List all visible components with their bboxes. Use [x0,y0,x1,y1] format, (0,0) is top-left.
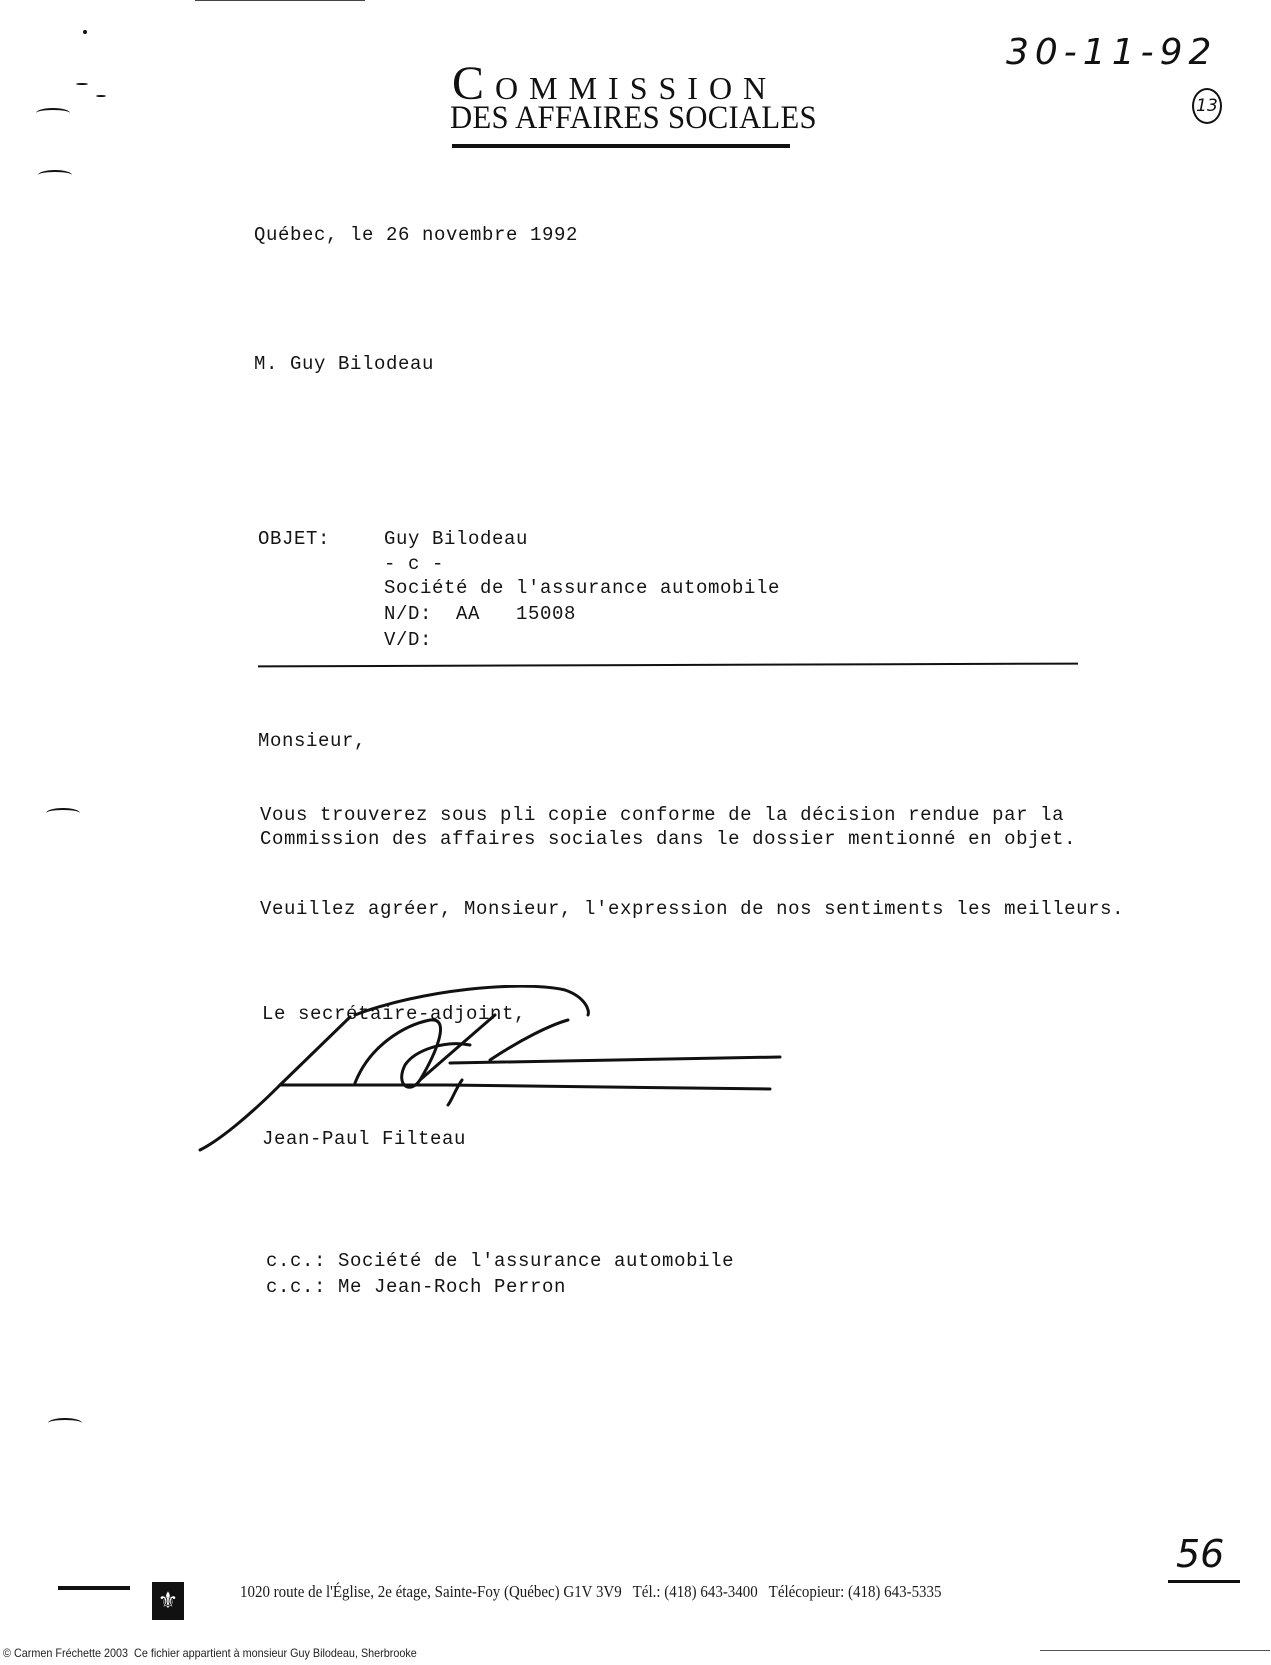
letter-date: Québec, le 26 novembre 1992 [254,224,578,246]
scan-artifact [38,170,72,180]
objet-label: OBJET: [258,528,330,550]
footer-address: 1020 route de l'Église, 2e étage, Sainte… [240,1582,941,1602]
cc-line: c.c.: Société de l'assurance automobile [266,1250,734,1272]
scan-artifact [36,108,70,118]
page-number-underline [1168,1580,1240,1583]
objet-line: Société de l'assurance automobile [384,577,780,599]
cc-line: c.c.: Me Jean-Roch Perron [266,1276,566,1298]
scan-artifact [48,1418,82,1428]
copyright-notice: © Carmen Fréchette 2003 Ce fichier appar… [3,1646,417,1660]
closing-line: Veuillez agréer, Monsieur, l'expression … [260,898,1124,920]
footer-rule [1040,1650,1270,1651]
handwritten-date: 30-11-92 [1006,32,1217,73]
section-divider [258,663,1078,668]
scan-edge-mark [195,0,365,1]
handwritten-signature [190,985,790,1185]
signatory-name: Jean-Paul Filteau [262,1128,466,1150]
letterhead-rule [452,144,790,148]
letterhead-subtitle: DES AFFAIRES SOCIALES [450,100,817,137]
scan-speck [76,83,88,85]
circled-number: 13 [1192,88,1222,124]
objet-line-file-number: N/D: AA 15008 [384,603,576,625]
objet-line: Guy Bilodeau [384,528,528,550]
salutation: Monsieur, [258,730,366,752]
objet-line: - c - [384,553,444,575]
footer-dash [58,1586,130,1590]
objet-line-your-file: V/D: [384,629,432,651]
scan-artifact [46,808,80,818]
scan-speck [83,30,87,34]
fleur-de-lis-icon: ⚜ [152,1582,184,1620]
scan-speck [96,95,106,97]
paragraph-line: Commission des affaires sociales dans le… [260,828,1076,850]
recipient: M. Guy Bilodeau [254,353,434,375]
paragraph-line: Vous trouverez sous pli copie conforme d… [260,804,1064,826]
handwritten-page-number: 56 [1176,1532,1224,1576]
